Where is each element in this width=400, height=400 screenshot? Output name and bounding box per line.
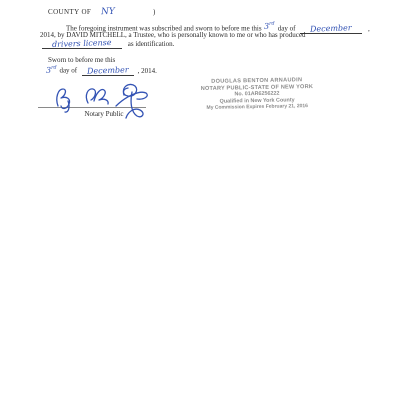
handwritten-day-line1: 3rd bbox=[264, 20, 275, 31]
line1-comma: , bbox=[368, 25, 370, 33]
handwritten-month-line1: December bbox=[310, 23, 352, 33]
acknowledgment-line2: 2014, by DAVID MITCHELL, a Trustee, who … bbox=[40, 31, 305, 39]
day-of-label-jurat: day of bbox=[59, 67, 77, 75]
month-blank-line1: December bbox=[300, 24, 362, 34]
handwritten-day-jurat: 3rd bbox=[46, 64, 57, 75]
notary-stamp: DOUGLAS BENTON ARNAUDIN NOTARY PUBLIC-ST… bbox=[178, 77, 337, 112]
county-label: COUNTY OF bbox=[48, 8, 91, 16]
identification-suffix: as identification. bbox=[128, 40, 175, 48]
jurat-line2: 3rd day of December , 2014. bbox=[46, 64, 157, 76]
signature-ink-icon bbox=[38, 80, 166, 124]
county-paren: ) bbox=[153, 8, 155, 16]
stamp-expiration: My Commission Expires February 21, 2016 bbox=[178, 103, 336, 112]
month-blank-jurat: December bbox=[82, 66, 134, 76]
identification-blank: drivers license bbox=[42, 39, 122, 49]
county-handwritten-value: NY bbox=[101, 7, 115, 17]
acknowledgment-line3: drivers license as identification. bbox=[42, 39, 174, 49]
notary-signature bbox=[38, 80, 166, 124]
jurat-line1: Sworn to before me this bbox=[48, 56, 115, 64]
county-line: COUNTY OF NY ) bbox=[48, 1, 155, 19]
jurat-year: , 2014. bbox=[138, 67, 157, 75]
scanned-document-page: { "document": { "county_line": { "label"… bbox=[0, 0, 400, 400]
handwritten-month-jurat: December bbox=[87, 65, 129, 75]
handwritten-identification: drivers license bbox=[52, 38, 112, 49]
